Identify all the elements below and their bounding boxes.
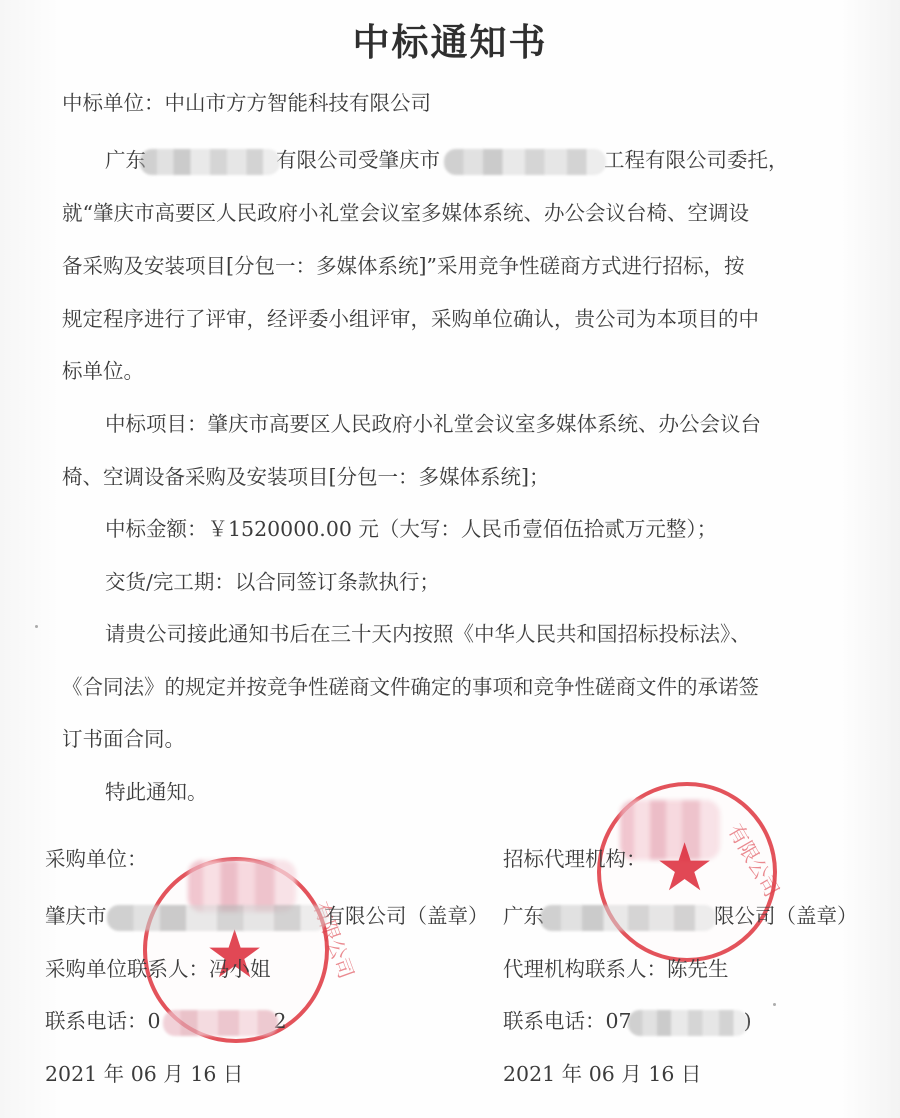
- delivery-term: 交货/完工期：以合同签订条款执行；: [105, 568, 440, 596]
- intro-line-1: 广东有限公司受肇庆市工程有限公司委托，: [105, 146, 789, 175]
- agent-name-prefix: 广东: [503, 904, 544, 928]
- seal-star-icon: ★: [655, 835, 714, 901]
- purchaser-phone-label: 联系电话：0: [45, 1009, 161, 1033]
- redacted-phone-number: [628, 1010, 748, 1036]
- purchaser-name-prefix: 肇庆市: [45, 904, 107, 928]
- agent-date: 2021 年 06 月 16 日: [503, 1060, 701, 1088]
- intro-line-4: 规定程序进行了评审，经评委小组评审，采购单位确认，贵公司为本项目的中: [62, 305, 759, 333]
- recipient-name: 中山市方方智能科技有限公司: [165, 91, 432, 115]
- redacted-company-name: [140, 149, 280, 175]
- bid-amount: 中标金额：￥1520000.00 元（大写：人民币壹佰伍拾贰万元整）；: [105, 515, 717, 543]
- instruction-line-1: 请贵公司接此通知书后在三十天内按照《中华人民共和国招标投标法》、: [105, 620, 751, 648]
- purchaser-name: 肇庆市有限公司（盖章）: [45, 902, 489, 931]
- intro-line-2: 就“肇庆市高要区人民政府小礼堂会议室多媒体系统、办公会议台椅、空调设: [62, 199, 749, 227]
- agent-contact: 代理机构联系人：陈先生: [503, 955, 729, 983]
- redacted-company-name: [444, 149, 606, 175]
- recipient-line: 中标单位：中山市方方智能科技有限公司: [62, 89, 431, 117]
- closing-remark: 特此通知。: [105, 778, 208, 806]
- project-line-2: 椅、空调设备采购及安装项目[分包一：多媒体系统]；: [62, 463, 550, 491]
- agent-name-suffix: 限公司（盖章）: [714, 904, 858, 928]
- purchaser-date: 2021 年 06 月 16 日: [45, 1060, 243, 1088]
- intro-line-5: 标单位。: [62, 357, 144, 385]
- purchaser-label: 采购单位：: [45, 845, 148, 873]
- agent-label: 招标代理机构：: [503, 845, 647, 873]
- instruction-line-3: 订书面合同。: [62, 725, 185, 753]
- instruction-line-2: 《合同法》的规定并按竞争性磋商文件确定的事项和竞争性磋商文件的承诺签: [62, 673, 759, 701]
- agent-name: 广东限公司（盖章）: [503, 902, 858, 931]
- purchaser-name-suffix: 有限公司（盖章）: [325, 904, 489, 928]
- purchaser-contact: 采购单位联系人：冯小姐: [45, 955, 271, 983]
- redacted-company-name: [107, 905, 327, 931]
- purchaser-phone: 联系电话：02: [45, 1007, 287, 1036]
- scan-speck: [773, 1003, 776, 1006]
- redacted-phone-number: [163, 1010, 278, 1036]
- scan-speck: [35, 625, 38, 628]
- intro-text-part3: 工程有限公司委托，: [604, 148, 789, 172]
- redacted-company-name: [540, 905, 716, 931]
- recipient-label: 中标单位：: [62, 91, 165, 115]
- intro-line-3: 备采购及安装项目[分包一：多媒体系统]”采用竞争性磋商方式进行招标，按: [62, 252, 744, 280]
- agent-phone: 联系电话：07): [503, 1007, 752, 1036]
- document-title: 中标通知书: [0, 12, 900, 66]
- agent-phone-label: 联系电话：07: [503, 1009, 632, 1033]
- document-page: 中标通知书 中标单位：中山市方方智能科技有限公司 广东有限公司受肇庆市工程有限公…: [0, 0, 900, 1118]
- intro-text-part2: 有限公司受肇庆市: [276, 148, 440, 172]
- project-line-1: 中标项目：肇庆市高要区人民政府小礼堂会议室多媒体系统、办公会议台: [105, 410, 761, 438]
